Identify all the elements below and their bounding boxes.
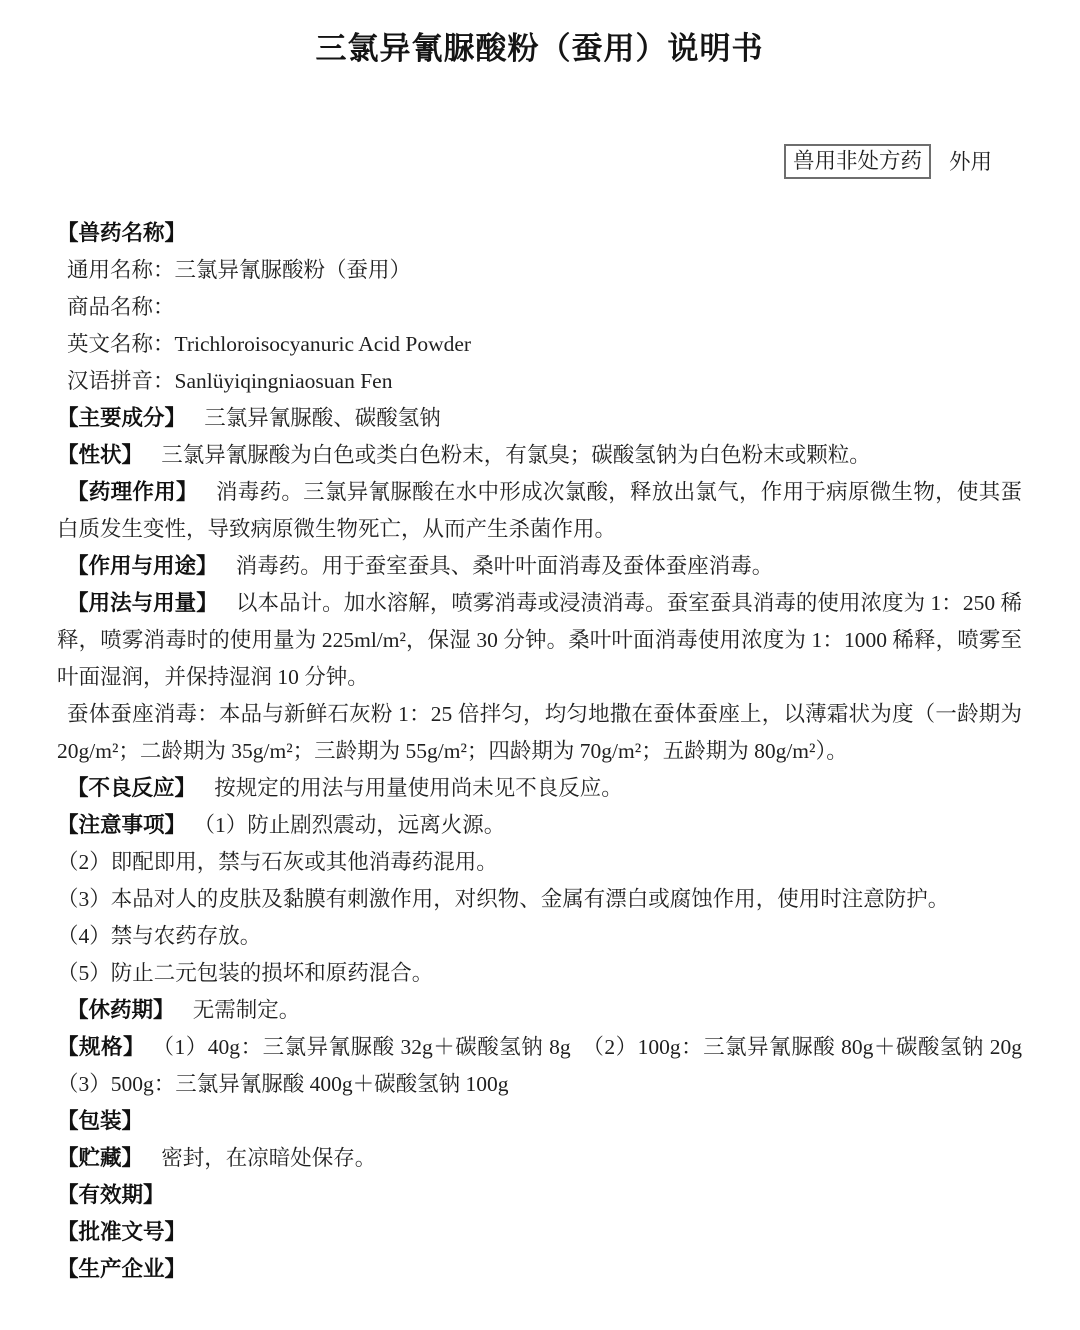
section-text: 密封，在凉暗处保存。 bbox=[161, 1146, 376, 1170]
document-page: 三氯异氰脲酸粉（蚕用）说明书 兽用非处方药 外用 【兽药名称】 通用名称：三氯异… bbox=[0, 0, 1080, 1330]
section-label: 【作用与用途】 bbox=[67, 554, 218, 578]
section-label: 【生产企业】 bbox=[57, 1257, 186, 1281]
section-text: 蚕体蚕座消毒：本品与新鲜石灰粉 1：25 倍拌匀，均匀地撒在蚕体蚕座上，以薄霜状… bbox=[57, 702, 1022, 763]
section-text: 通用名称：三氯异氰脲酸粉（蚕用） bbox=[67, 258, 411, 282]
section-text: 按规定的用法与用量使用尚未见不良反应。 bbox=[214, 776, 623, 800]
section-label: 【贮藏】 bbox=[57, 1146, 143, 1170]
section-paragraph: 【注意事项】（1）防止剧烈震动，远离火源。 bbox=[57, 807, 1022, 844]
section-paragraph: 【批准文号】 bbox=[57, 1214, 1022, 1251]
section-text: （4）禁与农药存放。 bbox=[57, 924, 261, 948]
usage-type-label: 外用 bbox=[949, 149, 992, 175]
section-text: 消毒药。三氯异氰脲酸在水中形成次氯酸，释放出氯气，作用于病原微生物，使其蛋白质发… bbox=[57, 480, 1022, 541]
document-body: 【兽药名称】 通用名称：三氯异氰脲酸粉（蚕用） 商品名称： 英文名称：Trich… bbox=[57, 215, 1022, 1288]
section-label: 【药理作用】 bbox=[67, 480, 198, 504]
section-text: （3）本品对人的皮肤及黏膜有刺激作用，对织物、金属有漂白或腐蚀作用，使用时注意防… bbox=[57, 887, 949, 911]
section-text: 三氯异氰脲酸为白色或类白色粉末，有氯臭；碳酸氢钠为白色粉末或颗粒。 bbox=[161, 443, 871, 467]
otc-classification-badge: 兽用非处方药 bbox=[784, 144, 931, 179]
section-label: 【用法与用量】 bbox=[67, 591, 218, 615]
section-paragraph: 【生产企业】 bbox=[57, 1251, 1022, 1288]
section-paragraph: 【主要成分】三氯异氰脲酸、碳酸氢钠 bbox=[57, 400, 1022, 437]
section-paragraph: 【兽药名称】 bbox=[57, 215, 1022, 252]
section-paragraph: 【药理作用】消毒药。三氯异氰脲酸在水中形成次氯酸，释放出氯气，作用于病原微生物，… bbox=[57, 474, 1022, 548]
section-label: 【兽药名称】 bbox=[57, 221, 186, 245]
section-text: （1）防止剧烈震动，远离火源。 bbox=[204, 813, 505, 837]
section-paragraph: 商品名称： bbox=[57, 289, 1022, 326]
section-paragraph: 【性状】三氯异氰脲酸为白色或类白色粉末，有氯臭；碳酸氢钠为白色粉末或颗粒。 bbox=[57, 437, 1022, 474]
section-paragraph: 【包装】 bbox=[57, 1103, 1022, 1140]
section-label: 【规格】 bbox=[57, 1035, 145, 1059]
section-paragraph: 【休药期】无需制定。 bbox=[57, 992, 1022, 1029]
section-paragraph: （4）禁与农药存放。 bbox=[57, 918, 1022, 955]
section-paragraph: 【用法与用量】以本品计。加水溶解，喷雾消毒或浸渍消毒。蚕室蚕具消毒的使用浓度为 … bbox=[57, 585, 1022, 696]
section-text: 英文名称：Trichloroisocyanuric Acid Powder bbox=[67, 332, 471, 356]
section-text: 商品名称： bbox=[67, 295, 175, 319]
section-label: 【有效期】 bbox=[57, 1183, 165, 1207]
section-label: 【主要成分】 bbox=[57, 406, 186, 430]
document-title: 三氯异氰脲酸粉（蚕用）说明书 bbox=[57, 26, 1022, 72]
section-text: （5）防止二元包装的损坏和原药混合。 bbox=[57, 961, 433, 985]
section-label: 【批准文号】 bbox=[57, 1220, 186, 1244]
section-paragraph: （3）本品对人的皮肤及黏膜有刺激作用，对织物、金属有漂白或腐蚀作用，使用时注意防… bbox=[57, 881, 1022, 918]
section-paragraph: （5）防止二元包装的损坏和原药混合。 bbox=[57, 955, 1022, 992]
section-paragraph: 【不良反应】按规定的用法与用量使用尚未见不良反应。 bbox=[57, 770, 1022, 807]
classification-row: 兽用非处方药 外用 bbox=[57, 144, 1022, 179]
section-label: 【注意事项】 bbox=[57, 813, 186, 837]
section-paragraph: 【作用与用途】消毒药。用于蚕室蚕具、桑叶叶面消毒及蚕体蚕座消毒。 bbox=[57, 548, 1022, 585]
section-paragraph: 英文名称：Trichloroisocyanuric Acid Powder bbox=[57, 326, 1022, 363]
section-paragraph: 【贮藏】密封，在凉暗处保存。 bbox=[57, 1140, 1022, 1177]
section-label: 【休药期】 bbox=[67, 998, 175, 1022]
section-paragraph: 通用名称：三氯异氰脲酸粉（蚕用） bbox=[57, 252, 1022, 289]
section-text: 消毒药。用于蚕室蚕具、桑叶叶面消毒及蚕体蚕座消毒。 bbox=[236, 554, 774, 578]
section-text: 三氯异氰脲酸、碳酸氢钠 bbox=[204, 406, 441, 430]
section-paragraph: 【有效期】 bbox=[57, 1177, 1022, 1214]
section-text: 无需制定。 bbox=[193, 998, 301, 1022]
section-paragraph: （2）即配即用，禁与石灰或其他消毒药混用。 bbox=[57, 844, 1022, 881]
section-label: 【性状】 bbox=[57, 443, 143, 467]
section-paragraph: 蚕体蚕座消毒：本品与新鲜石灰粉 1：25 倍拌匀，均匀地撒在蚕体蚕座上，以薄霜状… bbox=[57, 696, 1022, 770]
section-text: （2）即配即用，禁与石灰或其他消毒药混用。 bbox=[57, 850, 498, 874]
section-paragraph: 【规格】（1）40g：三氯异氰脲酸 32g＋碳酸氢钠 8g （2）100g：三氯… bbox=[57, 1029, 1022, 1103]
section-label: 【不良反应】 bbox=[67, 776, 196, 800]
section-paragraph: 汉语拼音：Sanlüyiqingniaosuan Fen bbox=[57, 363, 1022, 400]
section-text: （1）40g：三氯异氰脲酸 32g＋碳酸氢钠 8g （2）100g：三氯异氰脲酸… bbox=[57, 1035, 1044, 1096]
section-label: 【包装】 bbox=[57, 1109, 143, 1133]
section-text: 汉语拼音：Sanlüyiqingniaosuan Fen bbox=[67, 369, 392, 393]
